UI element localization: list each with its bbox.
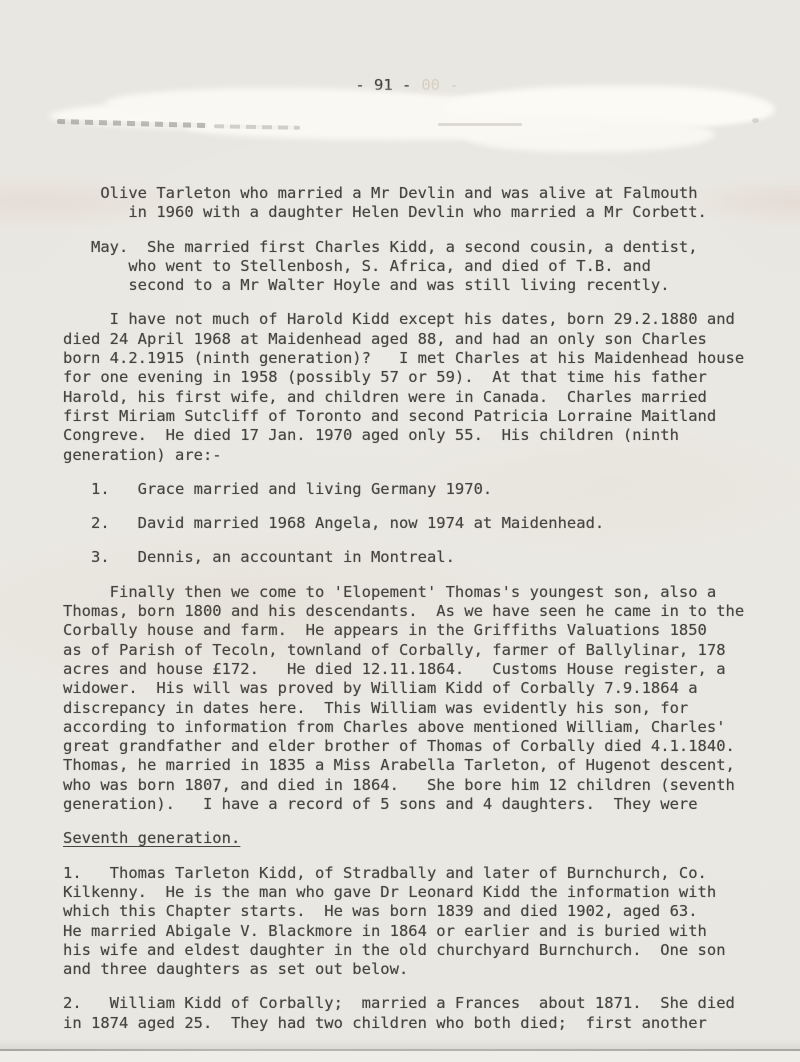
text-line: 1. Thomas Tarleton Kidd, of Stradbally a… [63,864,764,883]
text-line: as of Parish of Tecoln, townland of Corb… [63,641,764,660]
text-line: 2. William Kidd of Corbally; married a F… [63,994,764,1013]
list-item: 2. David married 1968 Angela, now 1974 a… [63,514,764,533]
paragraph: 2. William Kidd of Corbally; married a F… [63,994,764,1033]
text-line: I have not much of Harold Kidd except hi… [63,310,764,329]
text-line: who was born 1807, and died in 1864. She… [63,776,764,795]
text-line: Congreve. He died 17 Jan. 1970 aged only… [63,426,764,445]
text-line: great grandfather and elder brother of T… [63,737,764,756]
text-line: who went to Stellenbosh, S. Africa, and … [63,257,764,276]
text-line: Seventh generation. [63,829,764,848]
paragraph: 1. Thomas Tarleton Kidd, of Stradbally a… [63,864,764,980]
text-line: Corbally house and farm. He appears in t… [63,621,764,640]
text-line: second to a Mr Walter Hoyle and was stil… [63,276,764,295]
text-line: Thomas, born 1800 and his descendants. A… [63,602,764,621]
text-line: Harold, his first wife, and children wer… [63,388,764,407]
text-line: and three daughters as set out below. [63,960,764,979]
text-line: acres and house £172. He died 12.11.1864… [63,660,764,679]
text-line: Finally then we come to 'Elopement' Thom… [63,583,764,602]
list-item: 1. Grace married and living Germany 1970… [63,480,764,499]
scribble-remnant [438,123,522,126]
text-line: 1. Grace married and living Germany 1970… [63,480,764,499]
text-line: which this Chapter starts. He was born 1… [63,902,764,921]
text-line: generation) are:- [63,446,764,465]
text-line: He married Abigale V. Blackmore in 1864 … [63,922,764,941]
text-line: 3. Dennis, an accountant in Montreal. [63,548,764,567]
text-line: born 4.2.1915 (ninth generation)? I met … [63,349,764,368]
text-line: according to information from Charles ab… [63,718,764,737]
text-line: discrepancy in dates here. This William … [63,699,764,718]
paragraph: May. She married first Charles Kidd, a s… [63,238,764,296]
section-heading: Seventh generation. [63,829,764,848]
text-line: generation). I have a record of 5 sons a… [63,795,764,814]
paragraph: Olive Tarleton who married a Mr Devlin a… [63,184,764,223]
text-line: Kilkenny. He is the man who gave Dr Leon… [63,883,764,902]
typewritten-text-body: Olive Tarleton who married a Mr Devlin a… [63,184,764,1048]
text-line: his wife and eldest daughter in the old … [63,941,764,960]
text-line: for one evening in 1958 (possibly 57 or … [63,368,764,387]
text-line: 2. David married 1968 Angela, now 1974 a… [63,514,764,533]
scanner-background-strip [0,1051,800,1062]
paragraph: I have not much of Harold Kidd except hi… [63,310,764,464]
ink-speck [752,118,759,123]
text-line: Olive Tarleton who married a Mr Devlin a… [63,184,764,203]
text-line: in 1874 aged 25. They had two children w… [63,1014,764,1033]
paper-edge-shadow [0,1040,800,1049]
paragraph: Finally then we come to 'Elopement' Thom… [63,583,764,815]
text-line: first Miriam Sutcliff of Toronto and sec… [63,407,764,426]
text-line: May. She married first Charles Kidd, a s… [63,238,764,257]
text-line: Thomas, he married in 1835 a Miss Arabel… [63,756,764,775]
scanned-document-page: - 91 -00 - Olive Tarleton who married a … [0,0,800,1062]
text-line: widower. His will was proved by William … [63,679,764,698]
text-line: in 1960 with a daughter Helen Devlin who… [63,203,764,222]
list-item: 3. Dennis, an accountant in Montreal. [63,548,764,567]
text-line: died 24 April 1968 at Maidenhead aged 88… [63,330,764,349]
